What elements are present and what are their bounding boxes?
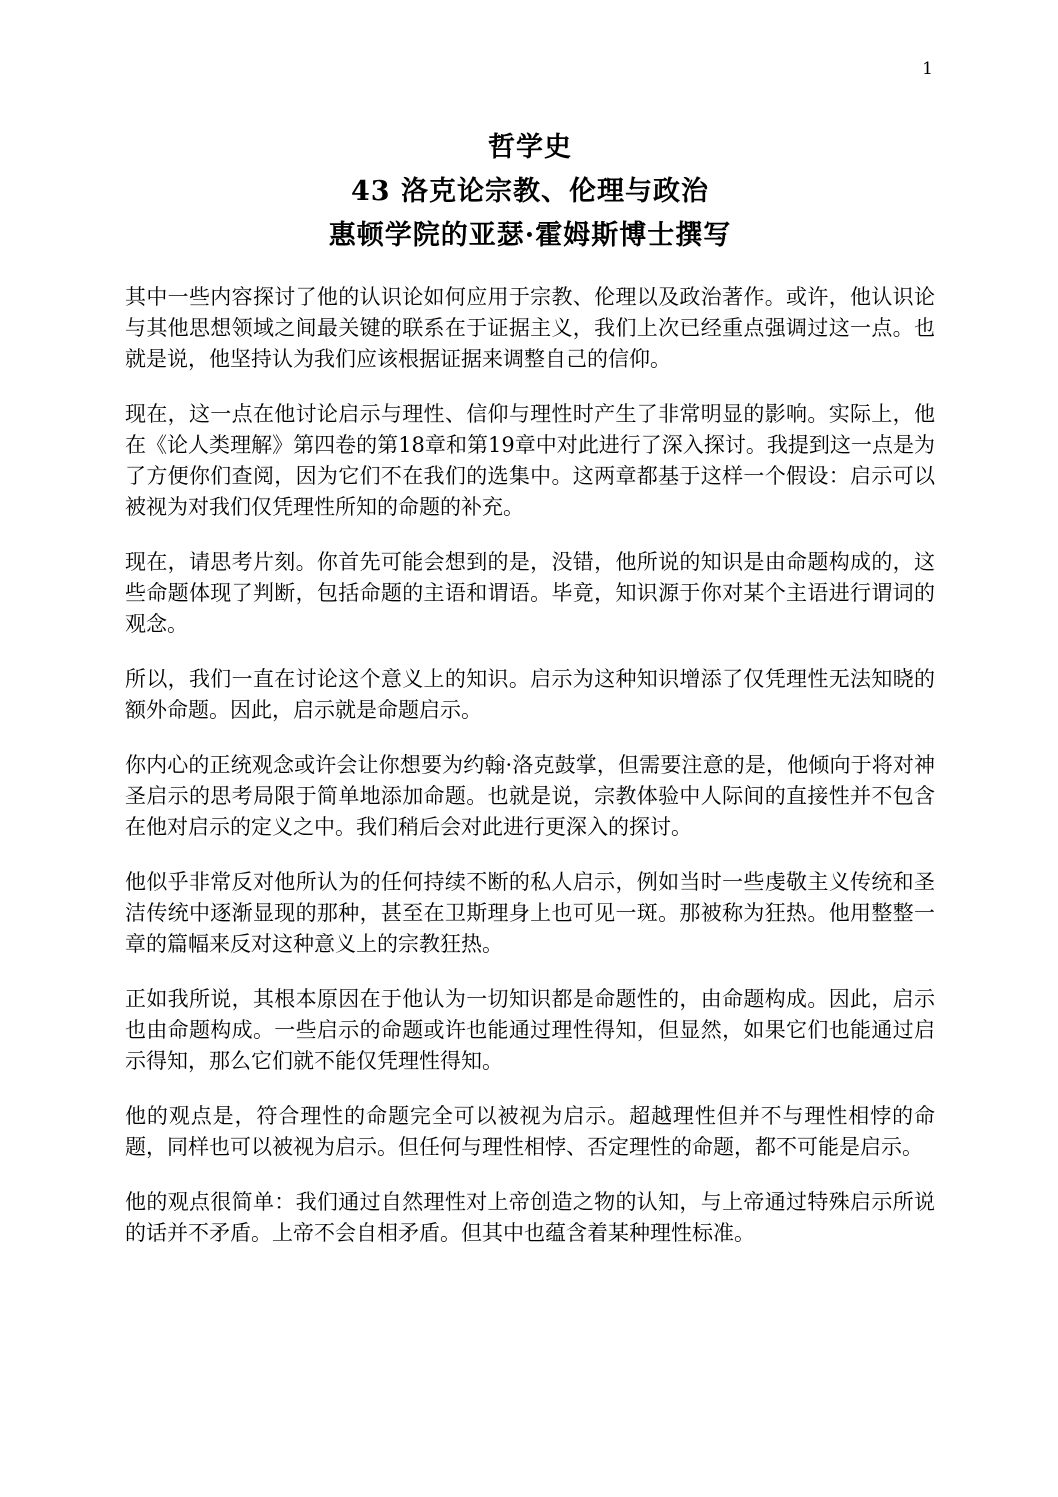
body-paragraph: 正如我所说，其根本原因在于他认为一切知识都是命题性的，由命题构成。因此，启示也由… bbox=[125, 984, 935, 1077]
body-paragraph: 他的观点很简单：我们通过自然理性对上帝创造之物的认知，与上帝通过特殊启示所说的话… bbox=[125, 1187, 935, 1249]
document-header: 哲学史 43 洛克论宗教、伦理与政治 惠顿学院的亚瑟·霍姆斯博士撰写 bbox=[125, 126, 935, 258]
body-paragraph: 你内心的正统观念或许会让你想要为约翰·洛克鼓掌，但需要注意的是，他倾向于将对神圣… bbox=[125, 750, 935, 843]
body-paragraph: 其中一些内容探讨了他的认识论如何应用于宗教、伦理以及政治著作。或许，他认识论与其… bbox=[125, 282, 935, 375]
body-paragraph: 现在，这一点在他讨论启示与理性、信仰与理性时产生了非常明显的影响。实际上，他在《… bbox=[125, 399, 935, 523]
document-page: 1 哲学史 43 洛克论宗教、伦理与政治 惠顿学院的亚瑟·霍姆斯博士撰写 其中一… bbox=[0, 0, 1058, 1497]
title-lecture: 43 洛克论宗教、伦理与政治 bbox=[125, 170, 935, 214]
title-author: 惠顿学院的亚瑟·霍姆斯博士撰写 bbox=[125, 214, 935, 258]
body-paragraph: 所以，我们一直在讨论这个意义上的知识。启示为这种知识增添了仅凭理性无法知晓的额外… bbox=[125, 664, 935, 726]
body-paragraph: 他的观点是，符合理性的命题完全可以被视为启示。超越理性但并不与理性相悖的命题，同… bbox=[125, 1101, 935, 1163]
title-course: 哲学史 bbox=[125, 126, 935, 170]
document-body: 其中一些内容探讨了他的认识论如何应用于宗教、伦理以及政治著作。或许，他认识论与其… bbox=[125, 282, 935, 1249]
body-paragraph: 现在，请思考片刻。你首先可能会想到的是，没错，他所说的知识是由命题构成的，这些命… bbox=[125, 547, 935, 640]
body-paragraph: 他似乎非常反对他所认为的任何持续不断的私人启示，例如当时一些虔敬主义传统和圣洁传… bbox=[125, 867, 935, 960]
page-number: 1 bbox=[125, 58, 935, 80]
